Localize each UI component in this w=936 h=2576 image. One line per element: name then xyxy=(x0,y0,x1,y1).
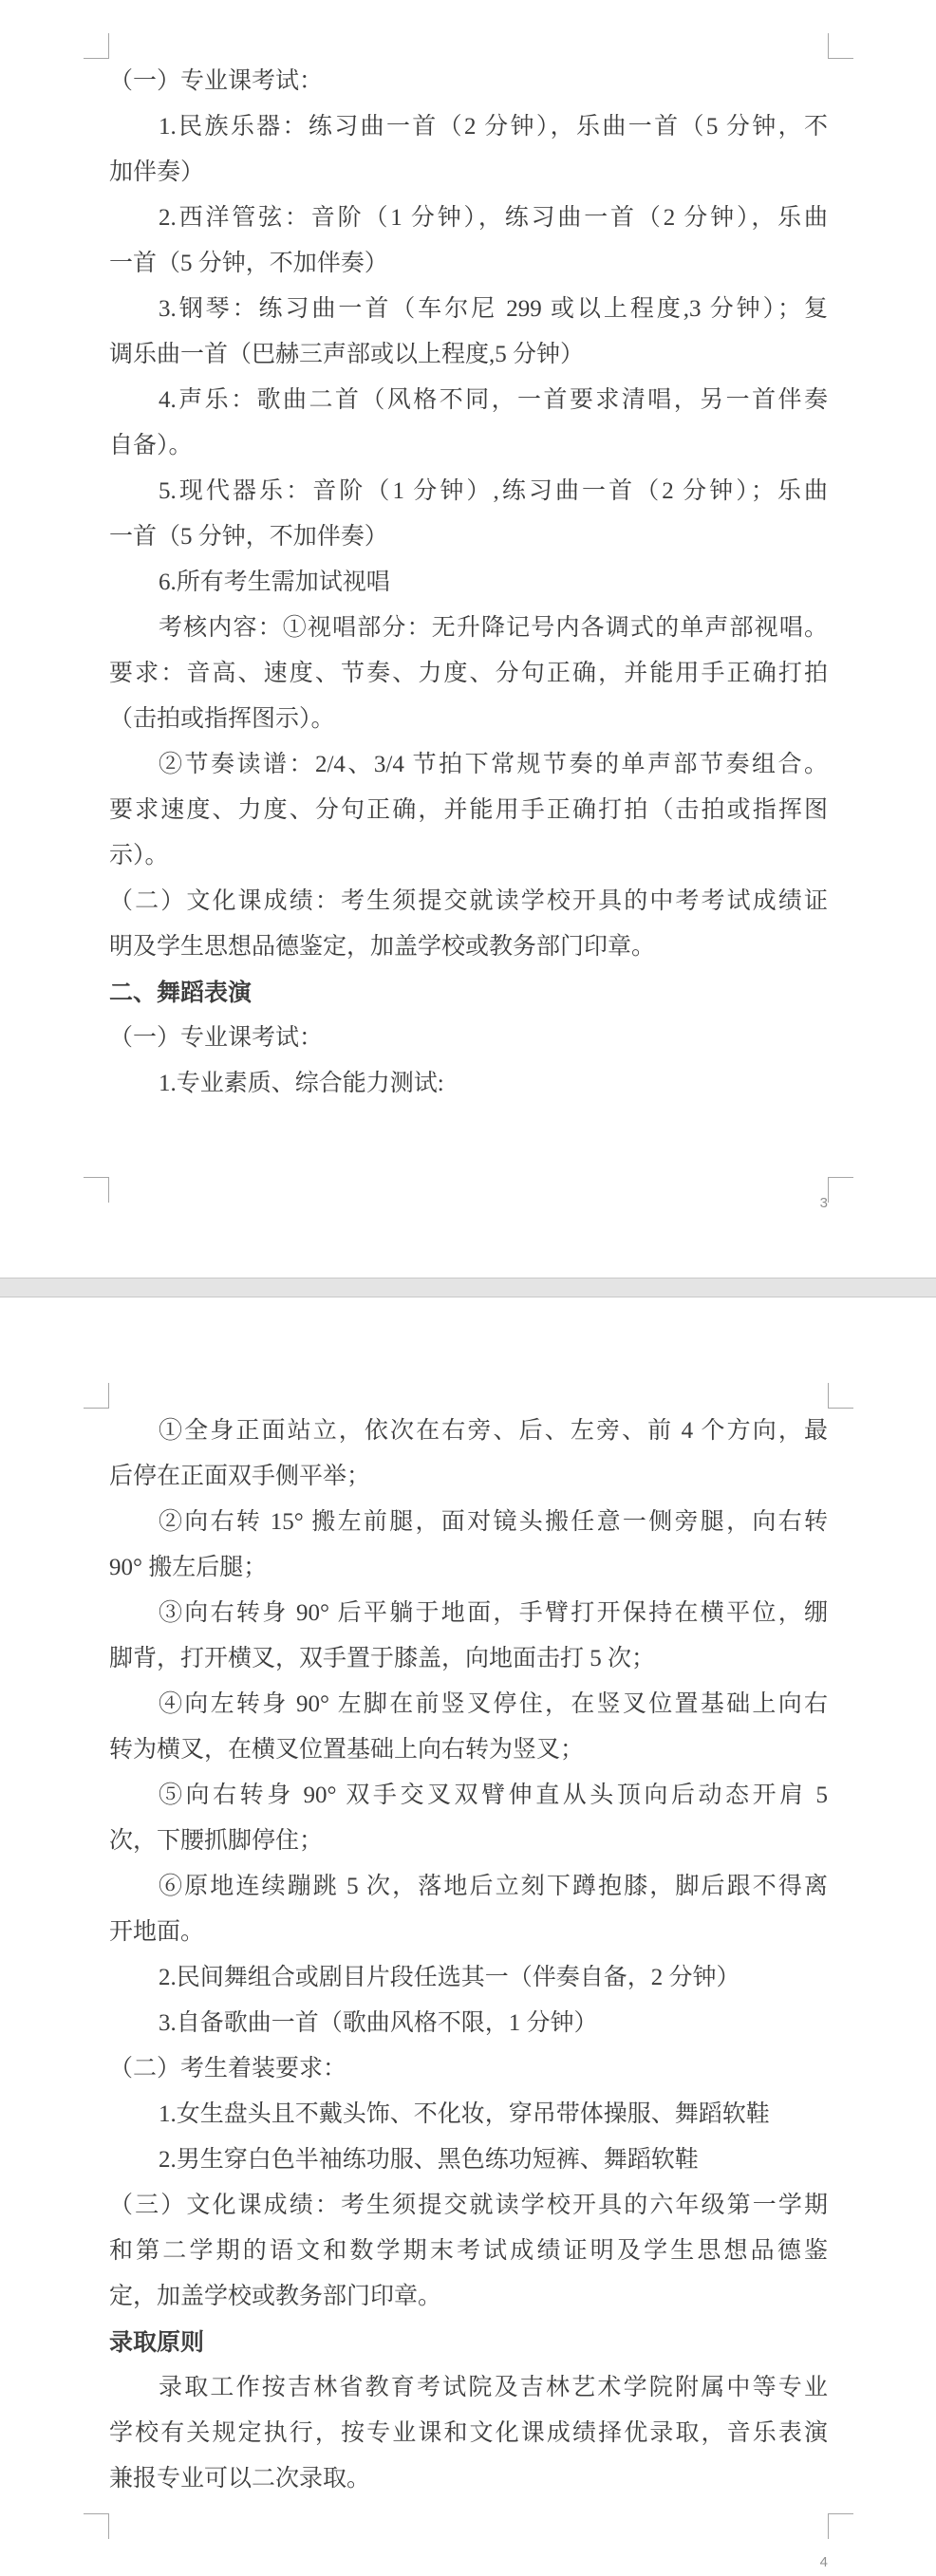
text-line: 一首（5 分钟，不加伴奏） xyxy=(109,241,828,287)
text-line: 调乐曲一首（巴赫三声部或以上程度,5 分钟） xyxy=(109,332,828,378)
text-line: 2.西洋管弦：音阶（1 分钟），练习曲一首（2 分钟），乐曲 xyxy=(109,196,828,241)
text-line: 示）。 xyxy=(109,833,828,879)
text-line: ②向右转 15° 搬左前腿，面对镜头搬任意一侧旁腿，向右转 xyxy=(109,1500,828,1545)
text-line: （二）文化课成绩：考生须提交就读学校开具的中考考试成绩证 xyxy=(109,879,828,924)
text-line: 3.钢琴：练习曲一首（车尔尼 299 或以上程度,3 分钟）；复 xyxy=(109,287,828,332)
page-number: 3 xyxy=(797,1192,828,1215)
text-line: ④向左转身 90° 左脚在前竖叉停住，在竖叉位置基础上向右 xyxy=(109,1682,828,1727)
text-line: 加伴奏） xyxy=(109,150,828,196)
text-line: ⑥原地连续蹦跳 5 次，落地后立刻下蹲抱膝，脚后跟不得离 xyxy=(109,1864,828,1910)
text-line: 2.民间舞组合或剧目片段任选其一（伴奏自备，2 分钟） xyxy=(109,1955,828,2001)
text-boundary-mark-bottom-right xyxy=(828,1177,853,1203)
text-line: 转为横叉，在横叉位置基础上向右转为竖叉； xyxy=(109,1727,828,1773)
text-boundary-mark-bottom-left xyxy=(84,1177,109,1203)
text-line: 1.专业素质、综合能力测试: xyxy=(109,1061,828,1107)
text-line: （二）考生着装要求： xyxy=(109,2046,828,2092)
text-line: 考核内容：①视唱部分：无升降记号内各调式的单声部视唱。 xyxy=(109,606,828,651)
text-line: ②节奏读谱：2/4、3/4 节拍下常规节奏的单声部节奏组合。 xyxy=(109,742,828,788)
page-text-block: （一）专业课考试：1.民族乐器：练习曲一首（2 分钟），乐曲一首（5 分钟，不加… xyxy=(109,59,828,1107)
text-line: 4.声乐：歌曲二首（风格不同，一首要求清唱，另一首伴奏 xyxy=(109,378,828,423)
text-line: 和第二学期的语文和数学期末考试成绩证明及学生思想品德鉴 xyxy=(109,2229,828,2274)
page-number: 4 xyxy=(797,2551,828,2574)
text-line: 开地面。 xyxy=(109,1910,828,1955)
text-line: 一首（5 分钟，不加伴奏） xyxy=(109,514,828,560)
text-line: 1.女生盘头且不戴头饰、不化妆，穿吊带体操服、舞蹈软鞋 xyxy=(109,2092,828,2137)
text-line: 2.男生穿白色半袖练功服、黑色练功短裤、舞蹈软鞋 xyxy=(109,2137,828,2183)
text-line: （三）文化课成绩：考生须提交就读学校开具的六年级第一学期 xyxy=(109,2183,828,2229)
text-line: （击拍或指挥图示）。 xyxy=(109,697,828,742)
text-boundary-mark-top-left xyxy=(84,1383,109,1409)
text-line: 6.所有考生需加试视唱 xyxy=(109,560,828,606)
text-line: 录取原则 xyxy=(109,2320,828,2365)
text-line: 学校有关规定执行，按专业课和文化课成绩择优录取，音乐表演 xyxy=(109,2411,828,2456)
document-page-3[interactable]: （一）专业课考试：1.民族乐器：练习曲一首（2 分钟），乐曲一首（5 分钟，不加… xyxy=(0,0,936,1278)
text-line: 定，加盖学校或教务部门印章。 xyxy=(109,2274,828,2320)
text-boundary-mark-top-right xyxy=(828,1383,853,1409)
text-line: 录取工作按吉林省教育考试院及吉林艺术学院附属中等专业 xyxy=(109,2365,828,2411)
text-line: 3.自备歌曲一首（歌曲风格不限，1 分钟） xyxy=(109,2001,828,2046)
document-page-4[interactable]: ①全身正面站立，依次在右旁、后、左旁、前 4 个方向，最后停在正面双手侧平举；②… xyxy=(0,1297,936,2576)
text-line: 5.现代器乐：音阶（1 分钟）,练习曲一首（2 分钟）；乐曲 xyxy=(109,469,828,514)
page-separator xyxy=(0,1278,936,1297)
text-line: （一）专业课考试： xyxy=(109,1016,828,1061)
text-boundary-mark-bottom-left xyxy=(84,2513,109,2539)
text-line: ⑤向右转身 90° 双手交叉双臂伸直从头顶向后动态开肩 5 xyxy=(109,1773,828,1819)
text-boundary-mark-bottom-right xyxy=(828,2513,853,2539)
text-line: 兼报专业可以二次录取。 xyxy=(109,2456,828,2502)
text-line: 明及学生思想品德鉴定，加盖学校或教务部门印章。 xyxy=(109,924,828,970)
text-line: 90° 搬左后腿； xyxy=(109,1545,828,1591)
page-text-block: ①全身正面站立，依次在右旁、后、左旁、前 4 个方向，最后停在正面双手侧平举；②… xyxy=(109,1409,828,2502)
text-line: 自备）。 xyxy=(109,423,828,469)
text-line: ③向右转身 90° 后平躺于地面，手臂打开保持在横平位，绷 xyxy=(109,1591,828,1636)
text-line: 次，下腰抓脚停住； xyxy=(109,1819,828,1864)
text-line: （一）专业课考试： xyxy=(109,59,828,104)
text-line: 脚背，打开横叉，双手置于膝盖，向地面击打 5 次； xyxy=(109,1636,828,1682)
text-line: 二、舞蹈表演 xyxy=(109,970,828,1016)
text-boundary-mark-top-left xyxy=(84,33,109,59)
text-boundary-mark-top-right xyxy=(828,33,853,59)
text-line: 要求：音高、速度、节奏、力度、分句正确，并能用手正确打拍 xyxy=(109,651,828,697)
text-line: 要求速度、力度、分句正确，并能用手正确打拍（击拍或指挥图 xyxy=(109,788,828,833)
text-line: 后停在正面双手侧平举； xyxy=(109,1454,828,1500)
text-line: ①全身正面站立，依次在右旁、后、左旁、前 4 个方向，最 xyxy=(109,1409,828,1454)
text-line: 1.民族乐器：练习曲一首（2 分钟），乐曲一首（5 分钟，不 xyxy=(109,104,828,150)
